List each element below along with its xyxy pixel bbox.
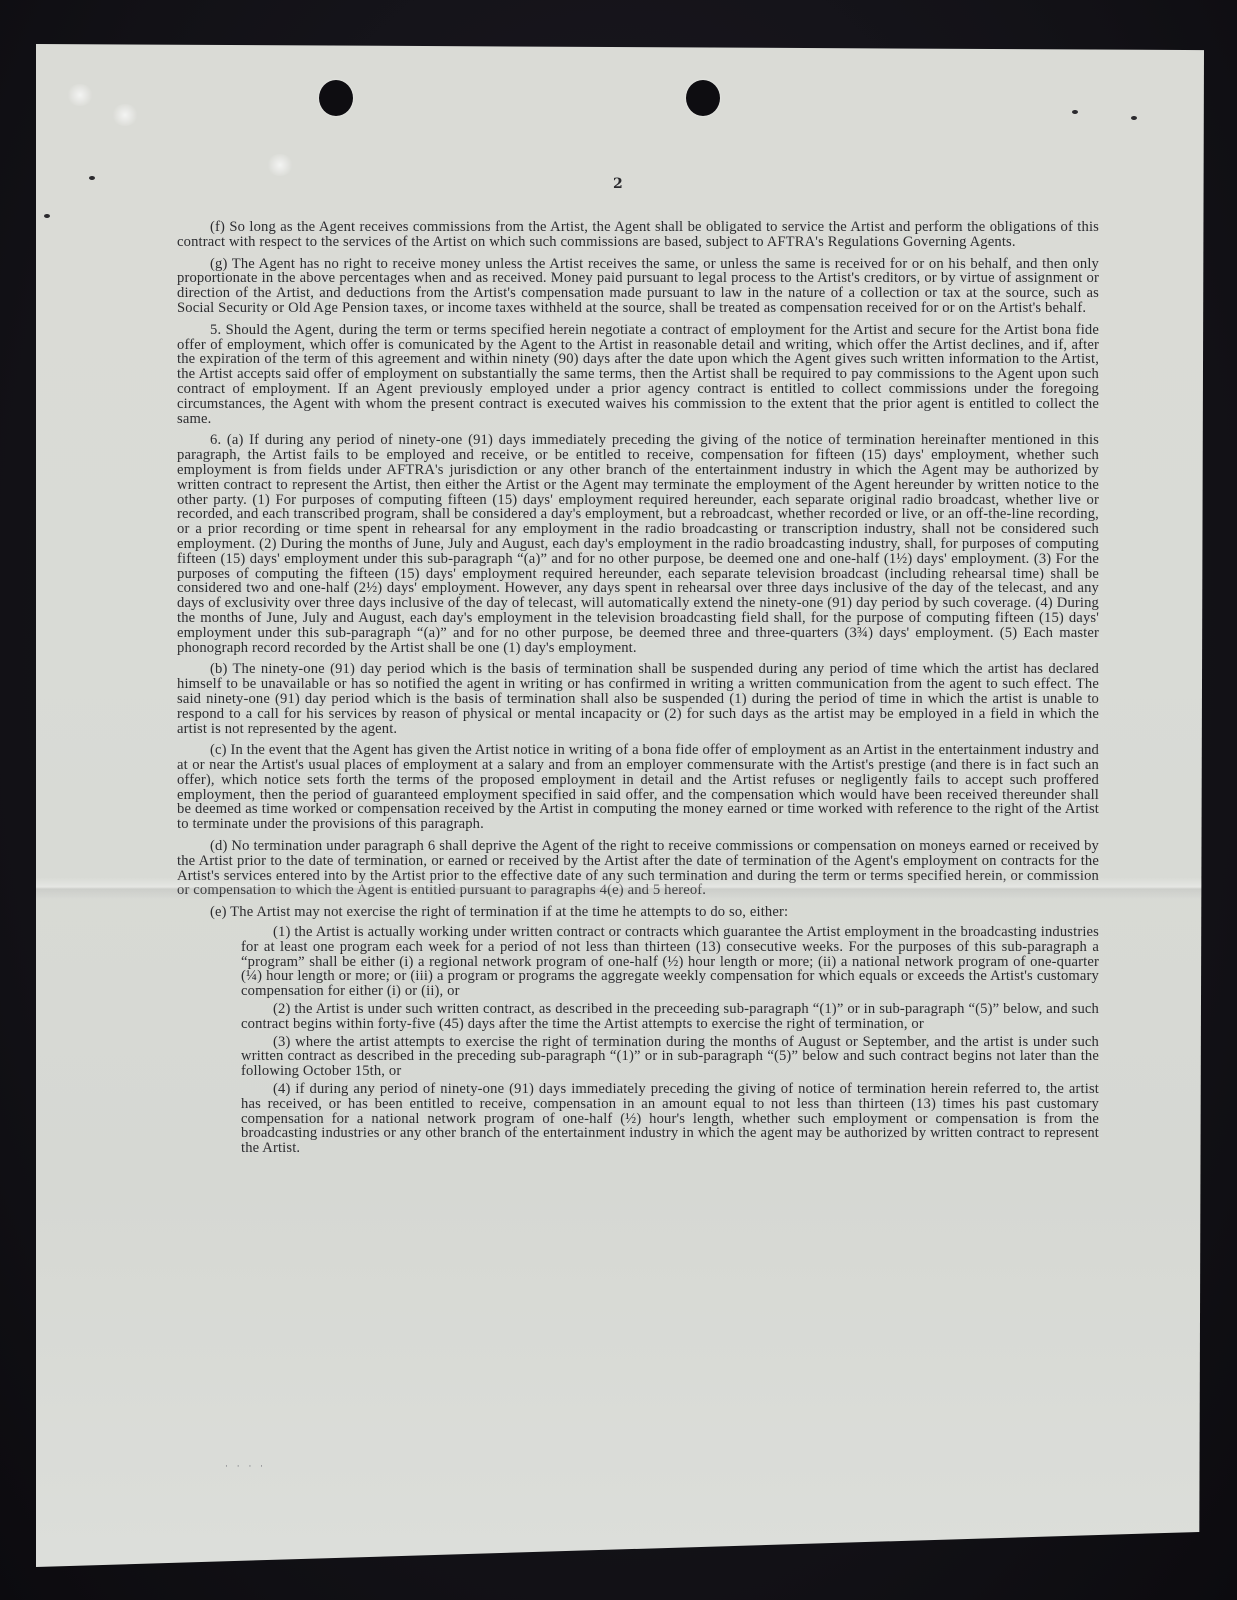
punch-hole-right [686, 80, 720, 116]
paragraph-6d: (d) No termination under paragraph 6 sha… [177, 839, 1099, 898]
paragraph-5: 5. Should the Agent, during the term or … [177, 323, 1099, 427]
punch-hole-left [319, 80, 353, 116]
subparagraph-6e-1: (1) the Artist is actually working under… [241, 925, 1099, 999]
paper-crease [111, 104, 139, 126]
paragraph-4f: (f) So long as the Agent receives commis… [177, 220, 1099, 250]
page-number: 2 [613, 176, 623, 192]
paper-tear-mark [44, 214, 50, 218]
paragraph-6a: 6. (a) If during any period of ninety-on… [177, 433, 1099, 655]
footer-marks: · · · · [225, 1462, 266, 1472]
subparagraph-6e-2: (2) the Artist is under such written con… [241, 1002, 1099, 1032]
paragraph-6c: (c) In the event that the Agent has give… [177, 743, 1099, 832]
paragraph-6e: (e) The Artist may not exercise the righ… [177, 905, 1099, 920]
subparagraph-6e-3: (3) where the artist attempts to exercis… [241, 1035, 1099, 1079]
paper-tear-mark [89, 176, 95, 180]
paper-tear-mark [1131, 116, 1137, 120]
document-page: 2 (f) So long as the Agent receives comm… [36, 44, 1204, 1567]
paper-tear-mark [1072, 110, 1078, 114]
paper-crease [66, 84, 94, 106]
subparagraph-6e-4: (4) if during any period of ninety-one (… [241, 1082, 1099, 1156]
paragraph-6b: (b) The ninety-one (91) day period which… [177, 662, 1099, 736]
paragraph-4g: (g) The Agent has no right to receive mo… [177, 257, 1099, 316]
paper-crease [266, 154, 294, 176]
contract-text: (f) So long as the Agent receives commis… [177, 220, 1099, 1159]
